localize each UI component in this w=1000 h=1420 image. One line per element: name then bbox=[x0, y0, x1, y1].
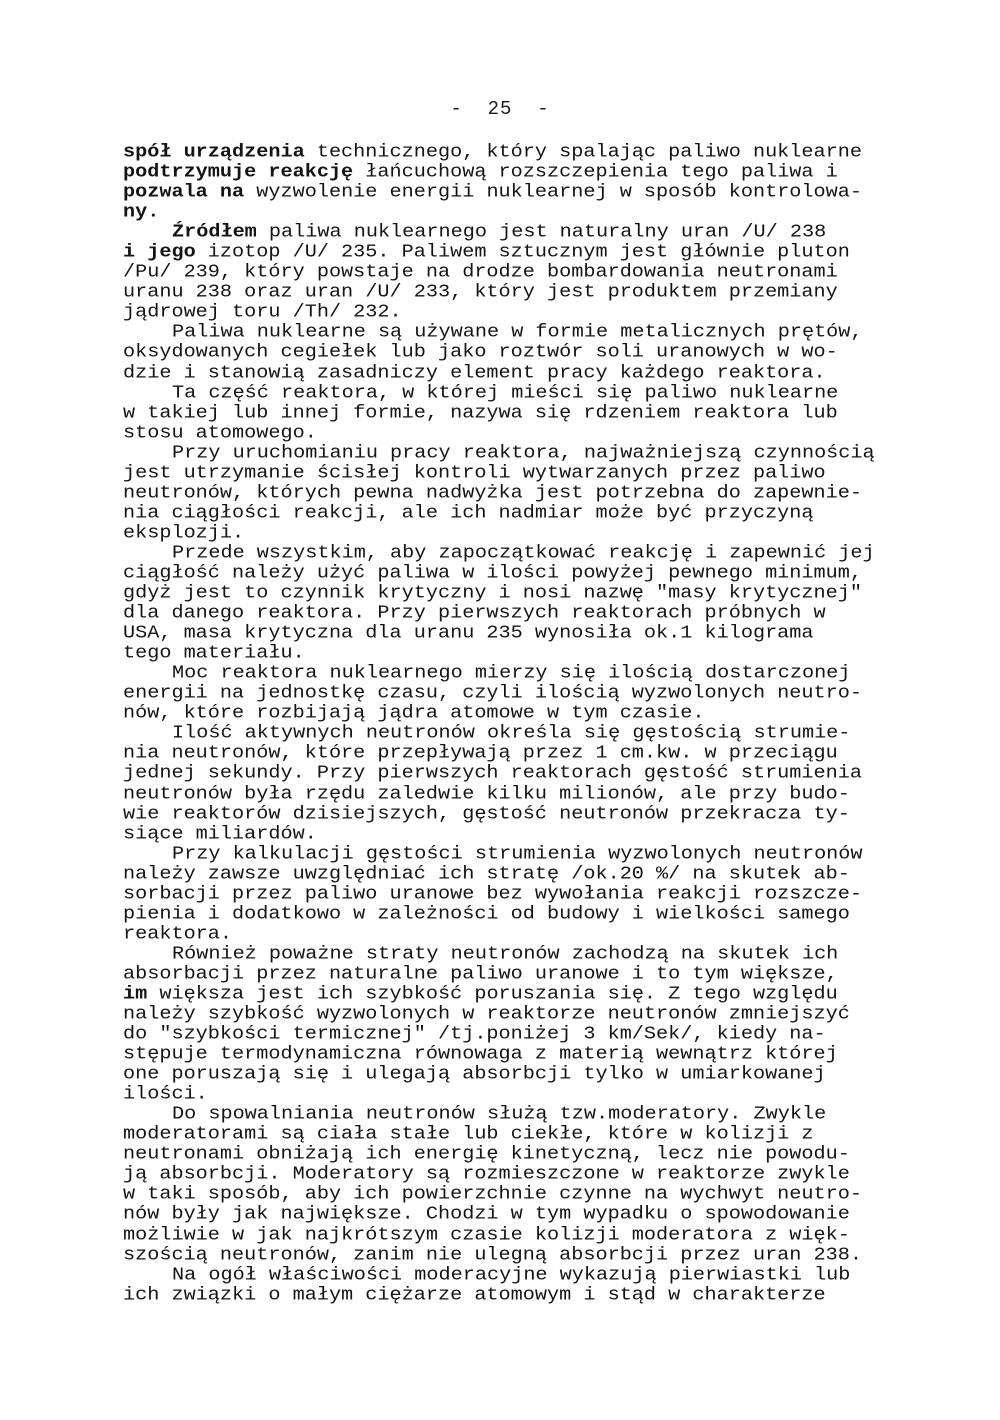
text-segment: neutronami obniżają ich energię kinetycz… bbox=[123, 1144, 850, 1165]
text-line: Przede wszystkim, aby zapoczątkować reak… bbox=[123, 545, 893, 563]
text-line: ich związki o małym ciężarze atomowym i … bbox=[123, 1286, 893, 1304]
text-segment: jest utrzymanie ścisłej kontroli wytwarz… bbox=[123, 463, 826, 484]
text-line: Przy kalkulacji gęstości strumienia wyzw… bbox=[123, 845, 893, 863]
text-line: moderatorami są ciała stałe lub ciekłe, … bbox=[123, 1126, 893, 1144]
text-line: możliwie w jak najkrótszym czasie kolizj… bbox=[123, 1226, 893, 1244]
text-segment: USA, masa krytyczna dla uranu 235 wynosi… bbox=[123, 623, 814, 644]
text-line: sorbacji przez paliwo uranowe bez wywoła… bbox=[123, 886, 893, 904]
text-line: do "szybkości termicznej" /tj.poniżej 3 … bbox=[123, 1026, 893, 1044]
text-segment: należy szybkość wyzwolonych w reaktorze … bbox=[123, 1004, 850, 1025]
text-segment: sorbacji przez paliwo uranowe bez wywoła… bbox=[123, 884, 862, 905]
text-segment: Paliwa nuklearne są używane w formie met… bbox=[172, 322, 863, 343]
text-line: pozwala na wyzwolenie energii nuklearnej… bbox=[123, 184, 893, 202]
text-line: nia ciągłości reakcji, ale ich nadmiar m… bbox=[123, 505, 893, 523]
text-line: absorbacji przez naturalne paliwo uranow… bbox=[123, 966, 893, 984]
bold-text: Źródłem bbox=[172, 222, 257, 243]
text-line: stosu atomowego. bbox=[123, 424, 893, 442]
text-segment: ją absorbcji. Moderatory są rozmieszczon… bbox=[123, 1164, 850, 1185]
text-line: one poruszają się i ulegają absorbcji ty… bbox=[123, 1066, 893, 1084]
text-line: reaktora. bbox=[123, 926, 893, 944]
text-segment: eksplozji. bbox=[123, 523, 244, 544]
text-segment: ilości. bbox=[123, 1084, 208, 1105]
text-segment: do "szybkości termicznej" /tj.poniżej 3 … bbox=[123, 1024, 826, 1045]
text-segment: paliwa nuklearnego jest naturalny uran /… bbox=[257, 222, 826, 243]
text-segment: wyzwolenie energii nuklearnej w sposób k… bbox=[244, 182, 862, 203]
text-segment: wie reaktorów dzisiejszych, gęstość neut… bbox=[123, 804, 850, 825]
text-line: Przy uruchomianiu pracy reaktora, najważ… bbox=[123, 445, 893, 463]
bold-text: im bbox=[123, 984, 147, 1005]
text-line: Ta część reaktora, w której mieści się p… bbox=[123, 384, 893, 402]
text-line: im większa jest ich szybkość poruszania … bbox=[123, 986, 893, 1004]
text-segment: dla danego reaktora. Przy pierwszych rea… bbox=[123, 603, 826, 624]
text-segment: Do spowalniania neutronów służą tzw.mode… bbox=[172, 1104, 826, 1125]
text-line: wie reaktorów dzisiejszych, gęstość neut… bbox=[123, 805, 893, 823]
text-line: neutronami obniżają ich energię kinetycz… bbox=[123, 1146, 893, 1164]
text-segment: większa jest ich szybkość poruszania się… bbox=[147, 984, 838, 1005]
text-segment: Ilość aktywnych neutronów określa się gę… bbox=[172, 723, 850, 744]
text-line: pienia i dodatkowo w zależności od budow… bbox=[123, 906, 893, 924]
text-segment: nia ciągłości reakcji, ale ich nadmiar m… bbox=[123, 503, 814, 524]
text-line: Na ogół właściwości moderacyjne wykazują… bbox=[123, 1266, 893, 1284]
bold-text: podtrzymuje reakcję bbox=[123, 162, 353, 183]
text-segment: uranu 238 oraz uran /U/ 233, który jest … bbox=[123, 282, 838, 303]
text-line: oksydowanych cegiełek lub jako roztwór s… bbox=[123, 344, 893, 362]
text-line: spół urządzenia technicznego, który spal… bbox=[123, 144, 893, 162]
text-segment: absorbacji przez naturalne paliwo uranow… bbox=[123, 964, 838, 985]
text-line: energii na jednostkę czasu, czyli ilości… bbox=[123, 685, 893, 703]
text-segment: one poruszają się i ulegają absorbcji ty… bbox=[123, 1064, 826, 1085]
text-line: Do spowalniania neutronów służą tzw.mode… bbox=[123, 1106, 893, 1124]
text-segment: w takiej lub innej formie, nazywa się rd… bbox=[123, 403, 838, 424]
text-line: nia neutronów, które przepływają przez 1… bbox=[123, 745, 893, 763]
bold-text: i jego bbox=[123, 242, 196, 263]
text-segment: neutronów była rzędu zaledwie kilku mili… bbox=[123, 783, 850, 804]
text-line: neutronów, których pewna nadwyżka jest p… bbox=[123, 485, 893, 503]
text-segment: należy zawsze uwzględniać ich stratę /ok… bbox=[123, 864, 850, 885]
text-segment: Przy uruchomianiu pracy reaktora, najważ… bbox=[172, 443, 875, 464]
text-line: gdyż jest to czynnik krytyczny i nosi na… bbox=[123, 585, 893, 603]
text-segment: ciągłość należy użyć paliwa w ilości pow… bbox=[123, 563, 862, 584]
text-line: uranu 238 oraz uran /U/ 233, który jest … bbox=[123, 284, 893, 302]
text-segment: możliwie w jak najkrótszym czasie kolizj… bbox=[123, 1224, 850, 1245]
text-line: Paliwa nuklearne są używane w formie met… bbox=[123, 324, 893, 342]
text-line: szością neutronów, zanim nie ulegną abso… bbox=[123, 1246, 893, 1264]
text-segment: stosu atomowego. bbox=[123, 423, 317, 444]
text-line: eksplozji. bbox=[123, 525, 893, 543]
text-segment: dzie i stanowią zasadniczy element pracy… bbox=[123, 362, 826, 383]
text-line: jednej sekundy. Przy pierwszych reaktora… bbox=[123, 765, 893, 783]
text-segment: nów były jak największe. Chodzi w tym wy… bbox=[123, 1204, 850, 1225]
text-line: neutronów była rzędu zaledwie kilku mili… bbox=[123, 785, 893, 803]
bold-text: ny. bbox=[123, 202, 159, 223]
text-line: i jego izotop /U/ 235. Paliwem sztucznym… bbox=[123, 244, 893, 262]
text-line: dla danego reaktora. Przy pierwszych rea… bbox=[123, 605, 893, 623]
text-line: Źródłem paliwa nuklearnego jest naturaln… bbox=[123, 224, 893, 242]
text-segment: oksydowanych cegiełek lub jako roztwór s… bbox=[123, 342, 838, 363]
text-segment: Przy kalkulacji gęstości strumienia wyzw… bbox=[172, 844, 863, 865]
text-segment: stępuje termodynamiczna równowaga z mate… bbox=[123, 1044, 838, 1065]
text-line: nów były jak największe. Chodzi w tym wy… bbox=[123, 1206, 893, 1224]
text-line: w taki sposób, aby ich powierzchnie czyn… bbox=[123, 1186, 893, 1204]
bold-text: spół urządzenia bbox=[123, 142, 305, 163]
text-line: należy szybkość wyzwolonych w reaktorze … bbox=[123, 1006, 893, 1024]
text-line: jądrowej toru /Th/ 232. bbox=[123, 304, 893, 322]
text-segment: Również poważne straty neutronów zachodz… bbox=[172, 944, 838, 965]
text-segment: tego materiału. bbox=[123, 643, 305, 664]
text-line: siące miliardów. bbox=[123, 825, 893, 843]
text-line: podtrzymuje reakcję łańcuchową rozszczep… bbox=[123, 164, 893, 182]
text-line: ciągłość należy użyć paliwa w ilości pow… bbox=[123, 565, 893, 583]
text-segment: nia neutronów, które przepływają przez 1… bbox=[123, 743, 838, 764]
text-line: należy zawsze uwzględniać ich stratę /ok… bbox=[123, 865, 893, 883]
text-line: w takiej lub innej formie, nazywa się rd… bbox=[123, 404, 893, 422]
text-line: ilości. bbox=[123, 1086, 893, 1104]
text-segment: siące miliardów. bbox=[123, 824, 317, 845]
text-line: Moc reaktora nuklearnego mierzy się iloś… bbox=[123, 665, 893, 683]
text-line: Również poważne straty neutronów zachodz… bbox=[123, 946, 893, 964]
text-line: ją absorbcji. Moderatory są rozmieszczon… bbox=[123, 1166, 893, 1184]
text-segment: jednej sekundy. Przy pierwszych reaktora… bbox=[123, 763, 862, 784]
text-segment: /Pu/ 239, który powstaje na drodze bomba… bbox=[123, 262, 838, 283]
text-segment: technicznego, który spalając paliwo nukl… bbox=[305, 142, 862, 163]
text-segment: energii na jednostkę czasu, czyli ilości… bbox=[123, 683, 862, 704]
text-line: ny. bbox=[123, 204, 893, 222]
page-number: - 25 - bbox=[0, 98, 1000, 120]
text-segment: w taki sposób, aby ich powierzchnie czyn… bbox=[123, 1184, 862, 1205]
text-segment: szością neutronów, zanim nie ulegną abso… bbox=[123, 1245, 862, 1266]
text-segment: reaktora. bbox=[123, 924, 232, 945]
text-segment: izotop /U/ 235. Paliwem sztucznym jest g… bbox=[196, 242, 850, 263]
text-segment: moderatorami są ciała stałe lub ciekłe, … bbox=[123, 1124, 814, 1145]
text-line: /Pu/ 239, który powstaje na drodze bomba… bbox=[123, 264, 893, 282]
text-line: stępuje termodynamiczna równowaga z mate… bbox=[123, 1046, 893, 1064]
text-segment: łańcuchową rozszczepienia tego paliwa i bbox=[353, 162, 838, 183]
text-segment: neutronów, których pewna nadwyżka jest p… bbox=[123, 483, 862, 504]
text-segment: gdyż jest to czynnik krytyczny i nosi na… bbox=[123, 583, 862, 604]
document-body: spół urządzenia technicznego, który spal… bbox=[123, 143, 893, 1306]
text-line: jest utrzymanie ścisłej kontroli wytwarz… bbox=[123, 465, 893, 483]
text-segment: Moc reaktora nuklearnego mierzy się iloś… bbox=[172, 663, 850, 684]
text-segment: Przede wszystkim, aby zapoczątkować reak… bbox=[172, 543, 875, 564]
text-segment: nów, które rozbijają jądra atomowe w tym… bbox=[123, 703, 705, 724]
text-segment: Ta część reaktora, w której mieści się p… bbox=[172, 383, 838, 404]
text-line: nów, które rozbijają jądra atomowe w tym… bbox=[123, 705, 893, 723]
text-segment: ich związki o małym ciężarze atomowym i … bbox=[123, 1285, 826, 1306]
text-line: USA, masa krytyczna dla uranu 235 wynosi… bbox=[123, 625, 893, 643]
text-segment: pienia i dodatkowo w zależności od budow… bbox=[123, 904, 850, 925]
text-line: Ilość aktywnych neutronów określa się gę… bbox=[123, 725, 893, 743]
text-line: tego materiału. bbox=[123, 645, 893, 663]
text-segment: Na ogół właściwości moderacyjne wykazują… bbox=[172, 1265, 850, 1286]
text-segment: jądrowej toru /Th/ 232. bbox=[123, 302, 402, 323]
text-line: dzie i stanowią zasadniczy element pracy… bbox=[123, 364, 893, 382]
bold-text: pozwala na bbox=[123, 182, 244, 203]
